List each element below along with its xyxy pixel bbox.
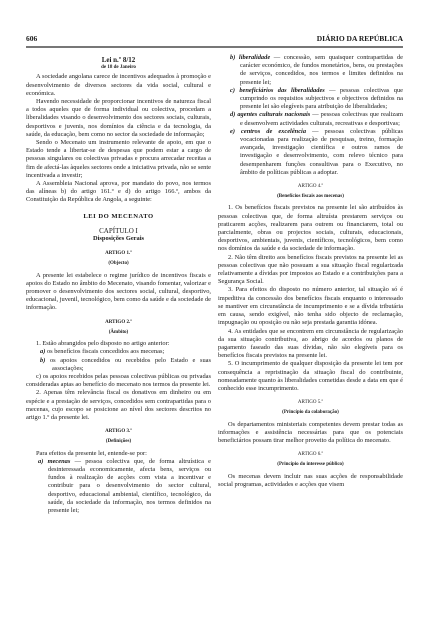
article-1-text: A presente lei estabelece o regime juríd… [26, 272, 211, 313]
article-2-p1: 1. Estão abrangidos pelo disposto no art… [26, 340, 211, 348]
article-1-heading: ARTIGO 1.º [26, 250, 211, 258]
def-label: a) [38, 458, 43, 465]
article-3-intro: Para efeitos da presente lei, entende-se… [26, 450, 211, 458]
def-label: e) [230, 128, 235, 135]
article-4-p2: 2. Não têm direito aos benefícios fiscai… [218, 254, 403, 287]
def-label: b) [230, 54, 235, 61]
definition-c: c) beneficiários das liberalidades — pes… [218, 87, 403, 112]
article-2-subtitle: (Âmbito) [26, 329, 211, 337]
def-term: mecenas [48, 458, 71, 465]
def-label: d) [230, 111, 235, 118]
preamble-paragraph: Sendo o Mecenato um instrumento relevant… [26, 139, 211, 180]
article-4-p4: 4. As entidades que se encontrem em circ… [218, 328, 403, 361]
item-label: a) [40, 348, 45, 355]
header-rule [26, 46, 403, 48]
article-3-heading: ARTIGO 3.º [26, 428, 211, 436]
page-header: 606 DIÁRIO DA REPÚBLICA [26, 34, 403, 46]
article-4-p3: 3. Para efeitos do disposto no número an… [218, 286, 403, 327]
definition-a: a) mecenas — pessoa colectiva que, de fo… [26, 458, 211, 515]
chapter-heading: CAPÍTULO I [26, 227, 211, 235]
definition-d: d) agentes culturais nacionais — pessoas… [218, 111, 403, 127]
article-4-p5: 5. O incumprimento de qualquer disposiçã… [218, 360, 403, 393]
preamble-paragraph: Havendo necessidade de proporcionar ince… [26, 98, 211, 139]
article-2-item-b: b) os apoios concedidos ou recebidos pel… [26, 357, 211, 373]
item-text: os benefícios fiscais concedidos aos mec… [47, 348, 164, 355]
article-3-subtitle: (Definições) [26, 438, 211, 446]
law-title: Lei n.º 8/12 [26, 56, 211, 64]
article-5-text: Os departamentos ministeriais competente… [218, 421, 403, 446]
article-6-text: Os mecenas devem incluir nas suas acções… [218, 473, 403, 489]
article-2-heading: ARTIGO 2.º [26, 319, 211, 327]
definition-b: b) liberalidade — concessão, sem quaisqu… [218, 54, 403, 87]
article-4-subtitle: (Benefícios fiscais aos mecenas) [218, 193, 403, 201]
def-term: beneficiários das liberalidades [239, 87, 324, 94]
item-label: b) [40, 357, 45, 364]
chapter-title: Disposições Gerais [26, 235, 211, 243]
def-label: c) [230, 87, 235, 94]
article-5-subtitle: (Princípio da colaboração) [218, 409, 403, 417]
preamble-paragraph: A sociedade angolana carece de incentivo… [26, 73, 211, 98]
def-text: — pessoas colectivas públicas vocacionad… [240, 128, 403, 176]
article-2-item-a: a) os benefícios fiscais concedidos aos … [26, 348, 211, 356]
def-term: liberalidade [239, 54, 270, 61]
item-text: os apoios concedidos ou recebidos pelo E… [50, 357, 211, 372]
article-4-heading: ARTIGO 4.º [218, 183, 403, 191]
article-6-subtitle: (Princípio do interesse público) [218, 461, 403, 469]
def-term: agentes culturais nacionais [237, 111, 310, 118]
page-number: 606 [26, 34, 37, 43]
journal-title: DIÁRIO DA REPÚBLICA [317, 34, 403, 43]
article-5-heading: ARTIGO 5.º [218, 399, 403, 407]
definition-e: e) centros de excelência — pessoas colec… [218, 128, 403, 177]
law-date: de 18 de Janeiro [26, 64, 211, 72]
def-text: — pessoa colectiva que, de forma altruís… [48, 458, 211, 514]
right-column: b) liberalidade — concessão, sem quaisqu… [218, 54, 403, 489]
law-name: LEI DO MECENATO [26, 213, 211, 221]
preamble-paragraph: A Assembleia Nacional aprova, por mandat… [26, 180, 211, 205]
article-2-item-c: c) os apoios recebidos pelas pessoas col… [26, 373, 211, 389]
article-2-p2: 2. Apenas têm relevância fiscal os donat… [26, 389, 211, 422]
def-term: centros de excelência [241, 128, 306, 135]
article-1-subtitle: (Objecto) [26, 260, 211, 268]
article-6-heading: ARTIGO 6.º [218, 451, 403, 459]
article-4-p1: 1. Os benefícios fiscais previstos na pr… [218, 204, 403, 253]
left-column: Lei n.º 8/12 de 18 de Janeiro A sociedad… [26, 54, 211, 515]
